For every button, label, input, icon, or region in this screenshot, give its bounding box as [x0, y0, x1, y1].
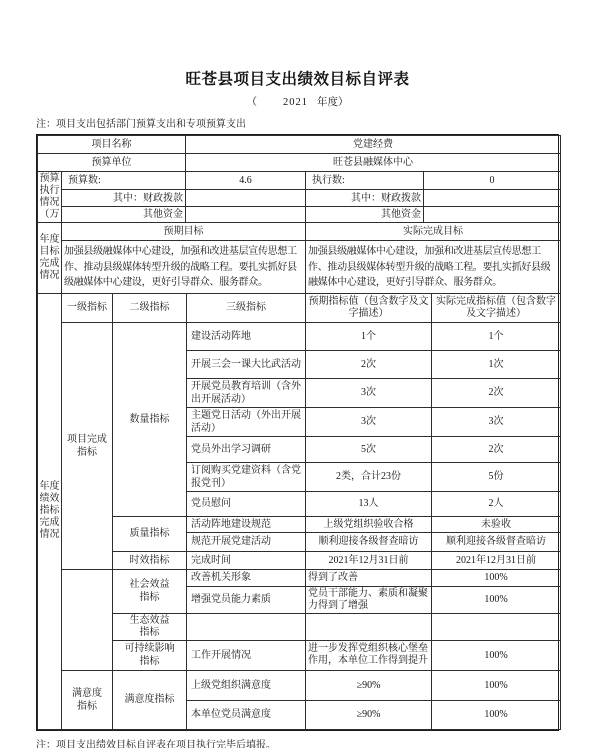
actual-value-cell: 1个: [432, 322, 561, 350]
fiscal-allocation-executed-value: [424, 190, 561, 207]
indicator-name-cell: [187, 613, 306, 640]
planned-amount-label: 预算数:: [62, 172, 186, 190]
actual-value-cell: 1次: [432, 350, 561, 378]
document-page: 旺苍县项目支出绩效目标自评表 （2021年度） 注：项目支出包括部门预算支出和专…: [0, 0, 595, 748]
expected-value-cell: [306, 613, 432, 640]
indicator-row: 时效指标 完成时间 2021年12月31日前 2021年12月31日前: [38, 551, 561, 569]
fiscal-allocation-label-planned: 其中：财政拨款: [62, 190, 186, 207]
indicator-name-cell: 开展三会一课大比武活动: [187, 350, 306, 378]
actual-value-cell: 100%: [432, 700, 561, 729]
actual-value-cell: 100%: [432, 569, 561, 586]
level2-group-satisfaction: 满意度指标: [113, 670, 187, 729]
expected-value-cell: 3次: [306, 378, 432, 407]
expected-goal-text: 加强县级融媒体中心建设，加强和改进基层宣传思想工作、推动县级媒体转型升级的战略工…: [62, 241, 306, 294]
expected-value-cell: 5次: [306, 436, 432, 462]
indicator-row: 可持续影响 指标 工作开展情况 进一步发挥党组织核心堡垒作用，本单位工作得到提升…: [38, 640, 561, 670]
level1-group-satisfaction: 满意度 指标: [62, 670, 113, 729]
level2-group-social: 社会效益 指标: [113, 569, 187, 613]
planned-amount-value: 4.6: [186, 172, 306, 190]
indicator-row: 质量指标 活动阵地建设规范 上级党组织验收合格 未验收: [38, 516, 561, 532]
fiscal-allocation-row: 其中：财政拨款 其中：财政拨款: [38, 190, 561, 207]
indicator-name-cell: 主题党日活动（外出开展活动）: [187, 407, 306, 436]
expected-value-cell: 上级党组织验收合格: [306, 516, 432, 532]
indicator-name-cell: 活动阵地建设规范: [187, 516, 306, 532]
indicator-row: 满意度 指标 满意度指标 上级党组织满意度 ≥90% 100%: [38, 670, 561, 700]
note-top: 注：项目支出包括部门预算支出和专项预算支出: [36, 119, 559, 131]
budget-goal-table: 项目名称 党建经费 预算单位 旺苍县融媒体中心 预算 执行 情况 （万 预算数:…: [37, 135, 561, 294]
expected-value-cell: 2类，合计23份: [306, 462, 432, 491]
expected-value-cell: 3次: [306, 407, 432, 436]
subtitle-year-label: 年度）: [317, 97, 349, 108]
indicator-name-cell: 增强党员能力素质: [187, 586, 306, 613]
actual-value-cell: 2021年12月31日前: [432, 551, 561, 569]
level2-group-sustainable: 可持续影响 指标: [113, 640, 187, 670]
indicator-header-row: 年度 绩效 指标 完成 情况 一级指标 二级指标 三级指标 预期指标值（包含数字…: [38, 293, 561, 322]
indicator-name-cell: 规范开展党建活动: [187, 532, 306, 551]
level2-group-quantity: 数量指标: [113, 322, 187, 516]
expected-value-cell: 2021年12月31日前: [306, 551, 432, 569]
annual-goal-section-label: 年度 目标 完成 情况: [38, 223, 62, 294]
expected-value-cell: ≥90%: [306, 670, 432, 700]
indicator-name-cell: 本单位党员满意度: [187, 700, 306, 729]
page-subtitle: （2021年度）: [0, 96, 595, 109]
actual-goal-header: 实际完成目标: [306, 223, 561, 241]
other-funds-label-executed: 其他资金: [306, 207, 424, 223]
expected-value-cell: 党员干部能力、素质和凝聚力得到了增强: [306, 586, 432, 613]
indicator-name-cell: 完成时间: [187, 551, 306, 569]
self-evaluation-table: 项目名称 党建经费 预算单位 旺苍县融媒体中心 预算 执行 情况 （万 预算数:…: [36, 134, 559, 731]
indicator-name-cell: 党员慰问: [187, 491, 306, 516]
level2-group-ecological: 生态效益 指标: [113, 613, 187, 640]
actual-value-cell: 100%: [432, 670, 561, 700]
executed-amount-value: 0: [424, 172, 561, 190]
level1-group-completion: 项目完成 指标: [62, 322, 113, 569]
fiscal-allocation-planned-value: [186, 190, 306, 207]
level3-header: 三级指标: [187, 293, 306, 322]
actual-value-cell: 100%: [432, 586, 561, 613]
expected-value-cell: 13人: [306, 491, 432, 516]
performance-indicator-table: 年度 绩效 指标 完成 情况 一级指标 二级指标 三级指标 预期指标值（包含数字…: [37, 293, 561, 730]
actual-value-cell: 2人: [432, 491, 561, 516]
expected-value-cell: 进一步发挥党组织核心堡垒作用，本单位工作得到提升: [306, 640, 432, 670]
fiscal-allocation-label-executed: 其中：财政拨款: [306, 190, 424, 207]
actual-value-cell: 2次: [432, 436, 561, 462]
actual-goal-text: 加强县级融媒体中心建设，加强和改进基层宣传思想工作、推动县级媒体转型升级的战略工…: [306, 241, 561, 294]
actual-value-header: 实际完成指标值（包含数字及文字描述）: [432, 293, 561, 322]
level1-header: 一级指标: [62, 293, 113, 322]
page-title: 旺苍县项目支出绩效目标自评表: [0, 70, 595, 90]
level2-header: 二级指标: [113, 293, 187, 322]
actual-value-cell: 100%: [432, 640, 561, 670]
actual-value-cell: 2次: [432, 378, 561, 407]
actual-value-cell: 顺利迎接各级督查暗访: [432, 532, 561, 551]
expected-value-cell: 1个: [306, 322, 432, 350]
expected-goal-header: 预期目标: [62, 223, 306, 241]
indicator-name-cell: 上级党组织满意度: [187, 670, 306, 700]
actual-value-cell: [432, 613, 561, 640]
budget-unit-row: 预算单位 旺苍县融媒体中心: [38, 154, 561, 172]
goal-text-row: 加强县级融媒体中心建设，加强和改进基层宣传思想工作、推动县级媒体转型升级的战略工…: [38, 241, 561, 294]
level2-group-timeliness: 时效指标: [113, 551, 187, 569]
expected-value-header: 预期指标值（包含数字及文字描述）: [306, 293, 432, 322]
subtitle-open-paren: （: [247, 97, 258, 108]
other-funds-row: 其他资金 其他资金: [38, 207, 561, 223]
goal-header-row: 年度 目标 完成 情况 预期目标 实际完成目标: [38, 223, 561, 241]
actual-value-cell: 5份: [432, 462, 561, 491]
year-value: 2021: [283, 97, 308, 108]
actual-value-cell: 未验收: [432, 516, 561, 532]
other-funds-executed-value: [424, 207, 561, 223]
level2-group-quality: 质量指标: [113, 516, 187, 551]
indicator-row: 项目完成 指标 数量指标 建设活动阵地 1个 1个: [38, 322, 561, 350]
expected-value-cell: 2次: [306, 350, 432, 378]
indicator-name-cell: 订阅购买党建资料（含党报党刊）: [187, 462, 306, 491]
indicator-row: 社会效益 指标 改善机关形象 得到了改善 100%: [38, 569, 561, 586]
indicator-name-cell: 开展党员教育培训（含外出开展活动）: [187, 378, 306, 407]
expected-value-cell: ≥90%: [306, 700, 432, 729]
project-name-value: 党建经费: [186, 136, 561, 154]
executed-amount-label: 执行数:: [306, 172, 424, 190]
indicator-name-cell: 工作开展情况: [187, 640, 306, 670]
indicator-name-cell: 建设活动阵地: [187, 322, 306, 350]
actual-value-cell: 3次: [432, 407, 561, 436]
budget-unit-value: 旺苍县融媒体中心: [186, 154, 561, 172]
indicator-name-cell: 党员外出学习调研: [187, 436, 306, 462]
budget-unit-label: 预算单位: [38, 154, 186, 172]
performance-section-label: 年度 绩效 指标 完成 情况: [38, 293, 62, 729]
level1-group-benefit: [62, 569, 113, 670]
project-name-label: 项目名称: [38, 136, 186, 154]
budget-execution-section-label: 预算 执行 情况 （万: [38, 172, 62, 223]
expected-value-cell: 得到了改善: [306, 569, 432, 586]
other-funds-label-planned: 其他资金: [62, 207, 186, 223]
expected-value-cell: 顺利迎接各级督查暗访: [306, 532, 432, 551]
indicator-name-cell: 改善机关形象: [187, 569, 306, 586]
note-bottom: 注：项目支出绩效目标自评表在项目执行完毕后填报。: [36, 740, 559, 748]
indicator-row: 生态效益 指标: [38, 613, 561, 640]
other-funds-planned-value: [186, 207, 306, 223]
project-name-row: 项目名称 党建经费: [38, 136, 561, 154]
budget-amount-row: 预算 执行 情况 （万 预算数: 4.6 执行数: 0: [38, 172, 561, 190]
